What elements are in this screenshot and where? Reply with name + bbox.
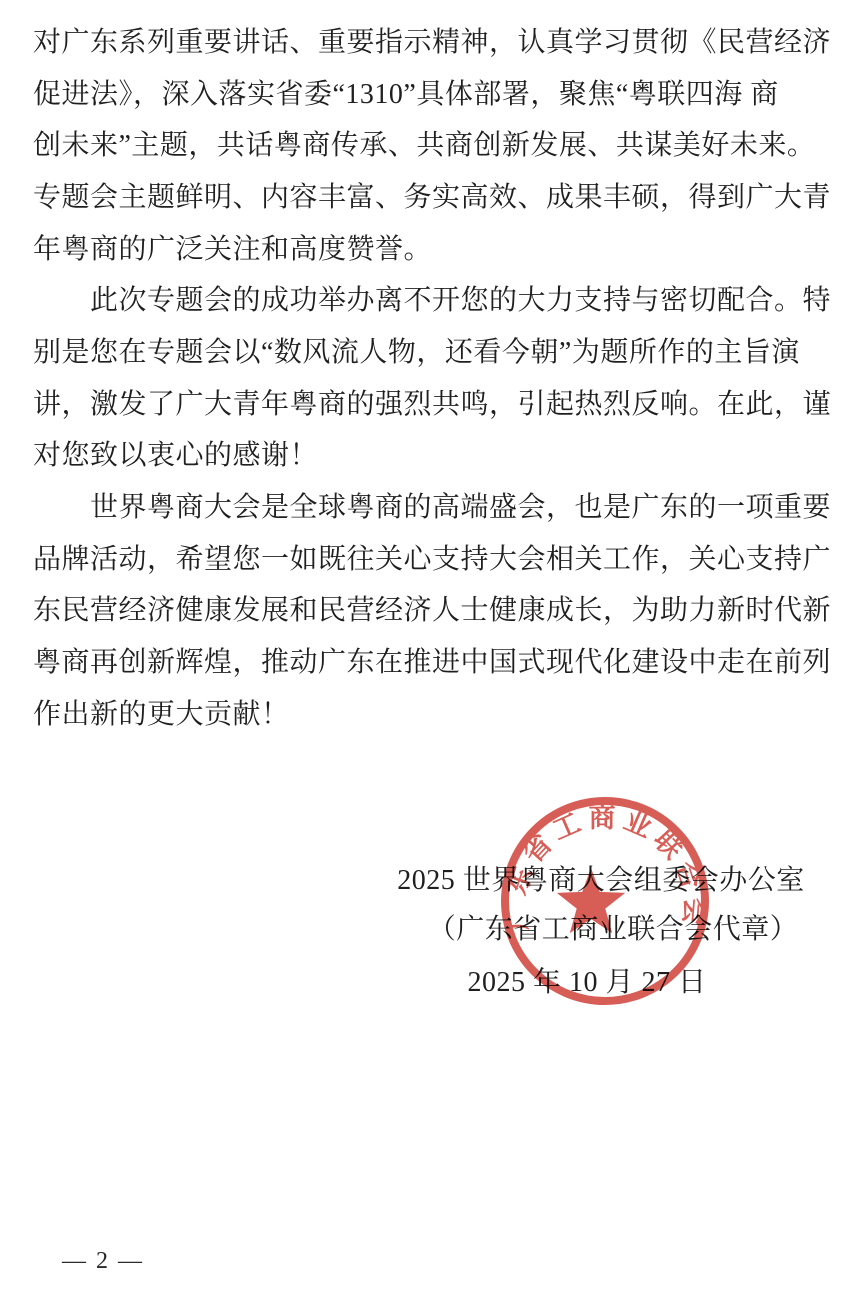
body-line: 创未来”主题，共话粤商传承、共商创新发展、共谋美好未来。 xyxy=(33,117,833,169)
body-line: 专题会主题鲜明、内容丰富、务实高效、成果丰硕，得到广大青 xyxy=(33,169,833,221)
body-line: 讲，激发了广大青年粤商的强烈共鸣，引起热烈反响。在此，谨 xyxy=(33,376,833,428)
body-line: 促进法》，深入落实省委“1310”具体部署，聚焦“粤联四海 商 xyxy=(33,66,833,118)
body-line: 品牌活动，希望您一如既往关心支持大会相关工作，关心支持广 xyxy=(33,531,833,583)
document-page: 对广东系列重要讲话、重要指示精神，认真学习贯彻《民营经济促进法》，深入落实省委“… xyxy=(0,0,863,1297)
body-line: 作出新的更大贡献！ xyxy=(33,686,833,738)
body-line: 此次专题会的成功举办离不开您的大力支持与密切配合。特 xyxy=(33,272,833,324)
body-line: 粤商再创新辉煌，推动广东在推进中国式现代化建设中走在前列 xyxy=(33,634,833,686)
body-line: 对您致以衷心的感谢！ xyxy=(33,428,833,480)
signature-date: 2025 年 10 月 27 日 xyxy=(467,960,706,1000)
body-line: 年粤商的广泛关注和高度赞誉。 xyxy=(33,221,833,273)
signature-org: 2025 世界粤商大会组委会办公室 xyxy=(397,858,805,898)
signature-on-behalf: （广东省工商业联合会代章） xyxy=(428,907,799,947)
page-number: — 2 — xyxy=(62,1248,144,1275)
body-line: 东民营经济健康发展和民营经济人士健康成长，为助力新时代新 xyxy=(33,583,833,635)
body-line: 对广东系列重要讲话、重要指示精神，认真学习贯彻《民营经济 xyxy=(33,14,833,66)
body-line: 别是您在专题会以“数风流人物，还看今朝”为题所作的主旨演 xyxy=(33,324,833,376)
body-line: 世界粤商大会是全球粤商的高端盛会，也是广东的一项重要 xyxy=(33,479,833,531)
letter-body: 对广东系列重要讲话、重要指示精神，认真学习贯彻《民营经济促进法》，深入落实省委“… xyxy=(33,14,833,738)
